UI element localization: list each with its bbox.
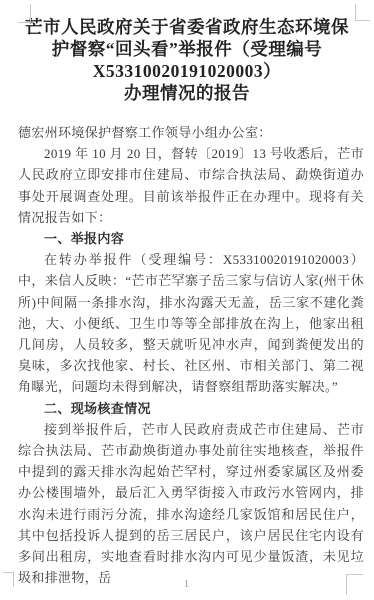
page-number: 1 [0,578,374,590]
document-page: 芒市人民政府关于省委省政府生态环境保 护督察“回头看”举报件（受理编号 X533… [0,0,374,600]
document-body: 德宏州环境保护督察工作领导小组办公室： 2019 年 10 月 20 日，督转〔… [18,122,364,588]
title-line-3: X53310020191020003） [14,60,360,82]
section-2-heading: 二、现场核查情况 [18,398,364,419]
title-line-4: 办理情况的报告 [14,82,360,104]
crop-mark-top-right [355,4,370,21]
title-line-1: 芒市人民政府关于省委省政府生态环境保 [14,16,360,38]
crop-mark-top-left [18,4,31,23]
salutation-line: 德宏州环境保护督察工作领导小组办公室： [18,122,364,143]
document-title: 芒市人民政府关于省委省政府生态环境保 护督察“回头看”举报件（受理编号 X533… [14,16,360,104]
section-1-heading: 一、举报内容 [18,228,364,249]
section-1-body: 在转办举报件（受理编号：X53310020191020003）中，来信人反映：“… [18,249,364,397]
section-2-body: 接到举报件后，芒市人民政府责成芒市住建局、芒市综合执法局、芒市勐焕街道办事处前往… [18,419,364,589]
title-line-2: 护督察“回头看”举报件（受理编号 [14,38,360,60]
intro-paragraph: 2019 年 10 月 20 日，督转〔2019〕13 号收悉后，芒市人民政府立… [18,143,364,228]
